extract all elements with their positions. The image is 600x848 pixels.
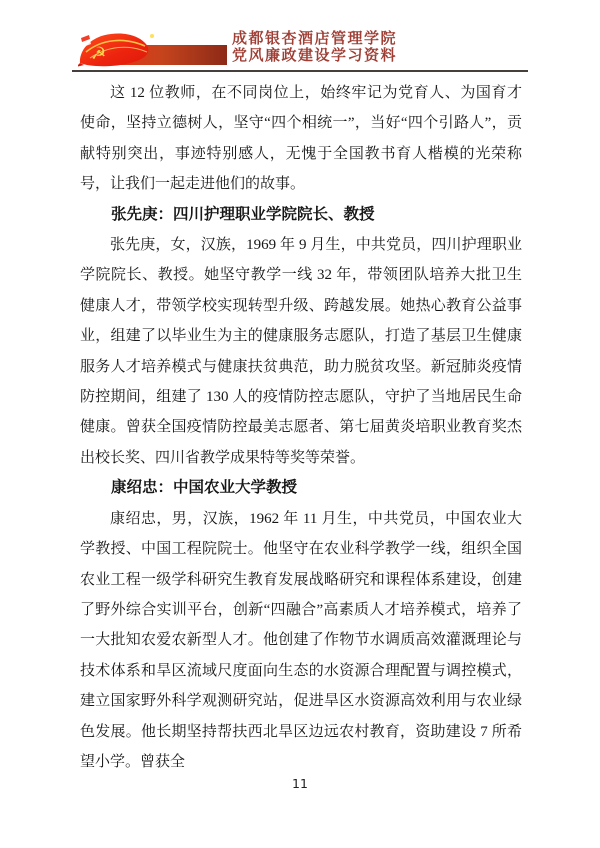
section-1-paragraph: 张先庚，女，汉族，1969 年 9 月生，中共党员，四川护理职业学院院长、教授。…: [80, 230, 522, 473]
header-title-block: 成都银杏酒店管理学院 党风廉政建设学习资料: [232, 31, 397, 65]
section-2-paragraph: 康绍忠，男，汉族，1962 年 11 月生，中共党员，中国农业大学教授、中国工程…: [80, 504, 522, 778]
document-body: 这 12 位教师，在不同岗位上，始终牢记为党育人、为国育才使命，坚持立德树人，坚…: [80, 78, 522, 777]
page-header: ☭ 成都银杏酒店管理学院 党风廉政建设学习资料: [72, 30, 528, 72]
party-flag-flame-icon: ☭: [78, 31, 230, 68]
header-org-name: 成都银杏酒店管理学院: [232, 31, 397, 48]
section-1-heading: 张先庚：四川护理职业学院院长、教授: [80, 200, 522, 230]
section-2-heading: 康绍忠：中国农业大学教授: [80, 473, 522, 503]
intro-paragraph: 这 12 位教师，在不同岗位上，始终牢记为党育人、为国育才使命，坚持立德树人，坚…: [80, 78, 522, 200]
document-page: ☭ 成都银杏酒店管理学院 党风廉政建设学习资料 这 12 位教师，在不同岗位上，…: [0, 0, 600, 848]
page-number: 11: [0, 776, 600, 791]
svg-text:☭: ☭: [91, 44, 106, 64]
header-doc-title: 党风廉政建设学习资料: [232, 48, 397, 65]
